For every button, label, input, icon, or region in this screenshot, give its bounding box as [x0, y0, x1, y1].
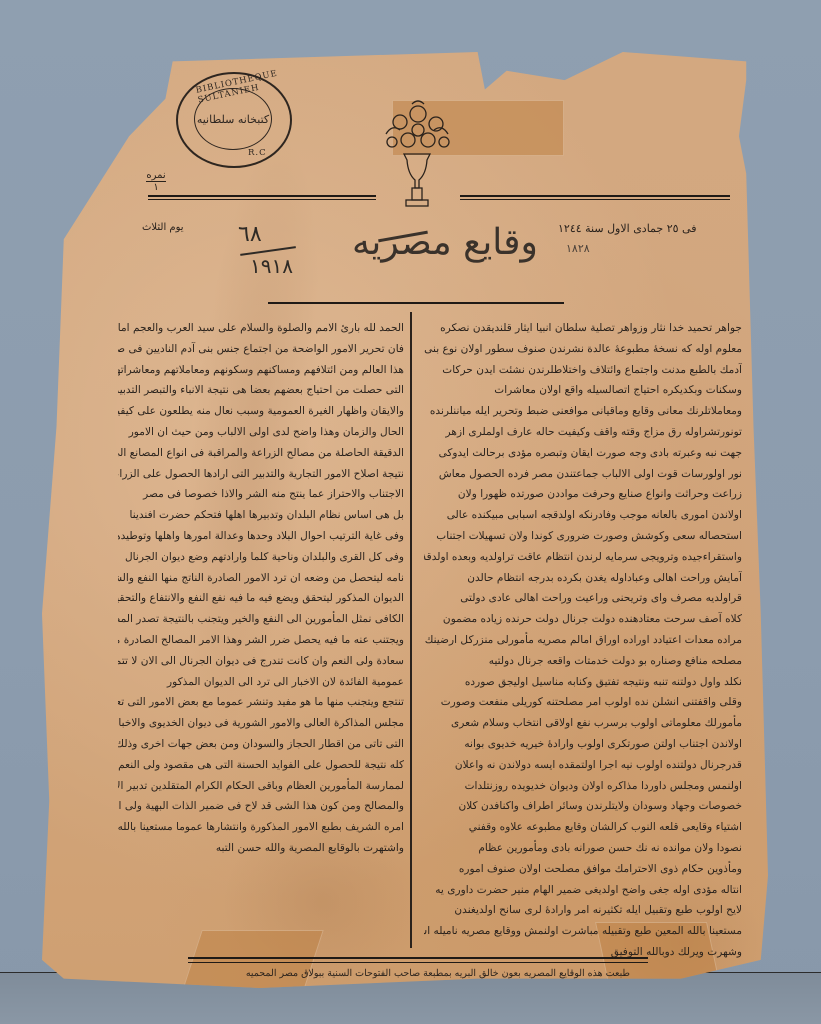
text-line: فان تحرير الامور الواضحة من اجتماع جنس ب… [118, 339, 404, 360]
text-line: الديوان المذكور ليتحقق ويضع فيه ما فيه ن… [118, 588, 404, 609]
text-line: اشتياء وقايعى قلعه النوب كرالشان وقايع م… [424, 817, 742, 838]
column-divider [410, 312, 412, 948]
text-line: اولاندن امورى بالعانه موجب وفادرنكه اولد… [424, 505, 742, 526]
footer-rule-thin [188, 962, 648, 963]
handwritten-number: ٦٨ [238, 222, 262, 247]
issue-label: نمره ١ [146, 170, 166, 193]
text-line: قدرجرنال دولتنده اولوب نيه اجرا اولتمقده… [424, 755, 742, 776]
text-line: سعادة ولى النعم وان كانت تندرج فى ديوان … [118, 651, 404, 672]
text-line: لممارسة المأمورين العظام وباقى الحكام ال… [118, 776, 404, 797]
masthead-rule-right-thin [460, 199, 730, 200]
text-line: مستعينا بالله المعين طبع وتقبيله مباشرت … [424, 921, 742, 942]
text-line: الحمد لله بارئ الامم والصلوة والسلام على… [118, 318, 404, 339]
printer-imprint: طبعت هذه الوقايع المصريه بعون خالق البري… [210, 968, 630, 979]
text-line: التى حصلت من احتياج بعضهم بعضا هى نتيجة … [118, 380, 404, 401]
text-line: وفى كل القرى والبلدان وناحية كلما وارادت… [118, 547, 404, 568]
text-line: الحال والزمان وهذا واضح لدى اولى الالباب… [118, 422, 404, 443]
text-line: تنتجع ويتجنب منها ما هو مفيد وتنشر عموما… [118, 692, 404, 713]
text-line: جواهر تحميد خدا نثار وزواهر تصلية سلطان … [424, 318, 742, 339]
text-line: الدقيقة الحاصلة من مصالح الزراعة والمراق… [118, 443, 404, 464]
text-line: معلوم اوله كه نسخهٔ مطبوعهٔ عالدة نشرندن… [424, 339, 742, 360]
text-line: قراولديه مصرف واى وتريحنى وراعيت وراحت ا… [424, 588, 742, 609]
text-line: نصودا ولان موانده نه نك حسن صورانه بادى … [424, 838, 742, 859]
text-line: امره الشريف بطبع الامور المذكورة وانتشار… [118, 817, 404, 838]
text-line: انتاله مؤدى اوله جغى واضح اولديغى ضمير ا… [424, 880, 742, 901]
text-line: مصلحه منافع وصناره بو دولت خدمتات واقعه … [424, 651, 742, 672]
masthead-rule-left [148, 195, 376, 197]
text-line: والمصالح ومن كون هذا الشى قد لاح فى ضمير… [118, 796, 404, 817]
stamp-sub-text: R.C [248, 148, 267, 158]
text-line: وفى غاية الترتيب احوال البلاد وحدها وعدا… [118, 526, 404, 547]
text-line: مجلس المذاكرة العالى والامور الشورية فى … [118, 713, 404, 734]
left-column-arabic: الحمد لله بارئ الامم والصلوة والسلام على… [118, 318, 404, 859]
handwritten-gregorian-year: ١٨٢٨ [566, 242, 590, 255]
issue-label-text: نمره [146, 170, 166, 181]
text-line: ويجتنب عنه ما فيه يحصل ضرر الشر وهذا الا… [118, 630, 404, 651]
publication-date: فى ٢٥ جمادى الاول سنة ١٢٤٤ [558, 222, 696, 235]
text-line: تونورتشراوله رق مزاج وقته واقف وكيفيت حا… [424, 422, 742, 443]
text-line: بل هى اساس نظام البلدان وتدبيرها اهلها ف… [118, 505, 404, 526]
text-line: واستقراءجيده وترويجى سرمايه لرندن انتظام… [424, 547, 742, 568]
text-line: التى تاتى من اقطار الحجاز والسودان ومن ب… [118, 734, 404, 755]
library-stamp: كتبخانه سلطانيه BIBLIOTHEQUE SULTANIEH R… [176, 72, 292, 168]
issue-number: ١ [146, 181, 166, 193]
text-line: والايقان واظهار الغيرة العمومية وسبب نعا… [118, 401, 404, 422]
text-line: ومأذوين حكام ذوى الاحترامك موافق مصلحت ا… [424, 859, 742, 880]
text-line: استحصاله سعى وكوشش وصورت ضرورى كوندا ولا… [424, 526, 742, 547]
text-line: مراده معدات اعتيادد اوراده اوراق امالم م… [424, 630, 742, 651]
text-line: خصوصات وجهاد وسودان ولايتلرندن وسائر اطر… [424, 796, 742, 817]
text-line: نكلد واول دولتنه تنبه ونتيجه تفتيق وكناب… [424, 672, 742, 693]
text-line: اولنمس ومجلس داوردا مذاكره اولان ودیوان … [424, 776, 742, 797]
text-line: الكافى نمثل المأمورين الى النفع والخير و… [118, 609, 404, 630]
text-line: هذا العالم ومن ائتلافهم ومساكنهم وسكونهم… [118, 360, 404, 381]
masthead-rule-right [460, 195, 730, 197]
text-line: اولاندن اجتناب اولتن صورتكرى اولوب واراد… [424, 734, 742, 755]
text-line: نتيجة اصلاح الامور التجارية والتدبير الت… [118, 464, 404, 485]
text-line: ومعاملاتلرنك معانى وقايع وماقيانى موافعن… [424, 401, 742, 422]
weekday: يوم الثلاث [142, 222, 184, 233]
flower-vase-ornament-icon [378, 100, 456, 216]
handwritten-year: ١٩١٨ [250, 254, 293, 278]
text-line: مأمورلك معلوماتى اولوب برسرب نفع اولاقى … [424, 713, 742, 734]
text-line: جهت نبه وعبرته بادى وجه صورت ايقان وتبصر… [424, 443, 742, 464]
text-line: لايح اولوب طبع وتقبيل ايله تكثيرنه امر و… [424, 900, 742, 921]
right-column-ottoman-turkish: جواهر تحميد خدا نثار وزواهر تصلية سلطان … [424, 318, 742, 963]
newspaper-title: وقايع مصريه [352, 222, 538, 263]
masthead-rule-left-thin [148, 199, 376, 200]
text-line: عمومية الفائدة لان الاخبار الى ترد الى ا… [118, 672, 404, 693]
title-underline-rule [268, 302, 564, 304]
text-line: كلاه آصف سرحت معتادهنده دولت جرنال دولت … [424, 609, 742, 630]
text-line: الاجتناب والاحتراز عما ينتج منه الشر وال… [118, 484, 404, 505]
text-line: كله نتيجة للحصول على الفوايد الحسنة التى… [118, 755, 404, 776]
repair-tape [182, 930, 323, 990]
text-line: وسكنات وبكديكره احتياج اتصالسيله واقع او… [424, 380, 742, 401]
text-line: آدمك بالطبع مدنت واجتماع وائتلاف واختلاط… [424, 360, 742, 381]
text-line: زراعت وحراثت وانواع صنايع وحرفت مواددن ص… [424, 484, 742, 505]
text-line: وشهرت ويرلك دوبالله التوفيق [424, 942, 742, 963]
text-line: وقلى واقفتنى انشلن نده اولوب امر مصلحتنه… [424, 692, 742, 713]
text-line: واشتهرت بالوقايع المصرية والله حسن التبه [118, 838, 404, 859]
footer-rule [188, 957, 648, 959]
text-line: آمايش وراحت اهالى وعباداوله يغدن بكرده ب… [424, 568, 742, 589]
text-line: نور اولورسات قوت اولى الالباب جماعتندن م… [424, 464, 742, 485]
text-line: نامه ليتحصل من وضعه ان ترد الامور الصادر… [118, 568, 404, 589]
